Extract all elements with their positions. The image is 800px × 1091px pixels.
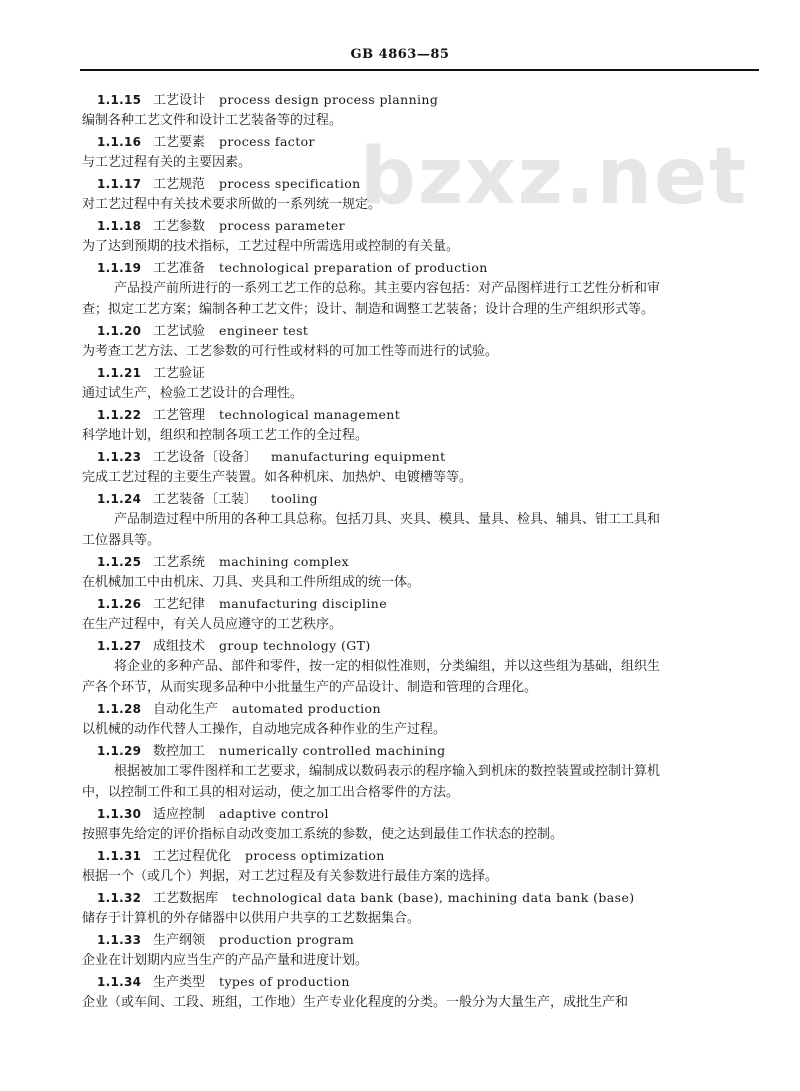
term-entry: 1.1.29数控加工numerically controlled machini… — [0, 740, 800, 803]
term-number: 1.1.20 — [97, 321, 153, 342]
term-entry: 1.1.32工艺数据库technological data bank (base… — [0, 887, 800, 929]
term-heading: 1.1.18工艺参数process parameter — [0, 215, 800, 236]
term-definition: 按照事先给定的评价指标自动改变加工系统的参数，使之达到最佳工作状态的控制。 — [0, 824, 800, 845]
term-definition: 储存于计算机的外存储器中以供用户共享的工艺数据集合。 — [0, 908, 800, 929]
term-chinese: 生产类型 — [153, 975, 205, 990]
term-chinese: 工艺试验 — [153, 324, 205, 339]
term-chinese: 工艺系统 — [153, 555, 205, 570]
term-definition: 与工艺过程有关的主要因素。 — [0, 152, 800, 173]
term-english: process parameter — [219, 218, 345, 233]
term-entry: 1.1.26工艺纪律manufacturing discipline在生产过程中… — [0, 593, 800, 635]
term-entry: 1.1.20工艺试验engineer test为考查工艺方法、工艺参数的可行性或… — [0, 320, 800, 362]
term-heading: 1.1.24工艺装备〔工装〕tooling — [0, 488, 800, 509]
term-english: types of production — [219, 974, 350, 989]
term-definition: 中，以控制工件和工具的相对运动，使之加工出合格零件的方法。 — [0, 782, 800, 803]
term-chinese: 适应控制 — [153, 807, 205, 822]
term-chinese: 工艺设备〔设备〕 — [153, 450, 257, 465]
term-english: process design process planning — [219, 92, 438, 107]
term-chinese: 工艺装备〔工装〕 — [153, 492, 257, 507]
term-english: machining complex — [219, 554, 349, 569]
term-definition: 根据被加工零件图样和工艺要求，编制成以数码表示的程序输入到机床的数控装置或控制计… — [0, 761, 800, 782]
term-english: manufacturing discipline — [219, 596, 387, 611]
term-chinese: 工艺设计 — [153, 93, 205, 108]
term-number: 1.1.34 — [97, 972, 153, 993]
term-definition: 通过试生产，检验工艺设计的合理性。 — [0, 383, 800, 404]
term-number: 1.1.19 — [97, 258, 153, 279]
term-chinese: 工艺验证 — [153, 366, 205, 381]
term-heading: 1.1.15工艺设计process design process plannin… — [0, 89, 800, 110]
term-definition: 将企业的多种产品、部件和零件，按一定的相似性准则，分类编组，并以这些组为基础，组… — [0, 656, 800, 677]
term-heading: 1.1.22工艺管理technological management — [0, 404, 800, 425]
term-heading: 1.1.20工艺试验engineer test — [0, 320, 800, 341]
term-definition: 产各个环节，从而实现多品种中小批量生产的产品设计、制造和管理的合理化。 — [0, 677, 800, 698]
term-number: 1.1.26 — [97, 594, 153, 615]
term-number: 1.1.23 — [97, 447, 153, 468]
term-heading: 1.1.27成组技术group technology (GT) — [0, 635, 800, 656]
term-entry: 1.1.15工艺设计process design process plannin… — [0, 89, 800, 131]
term-chinese: 数控加工 — [153, 744, 205, 759]
term-english: tooling — [271, 491, 318, 506]
term-english: technological management — [219, 407, 400, 422]
term-english: technological preparation of production — [219, 260, 488, 275]
term-entry: 1.1.24工艺装备〔工装〕tooling产品制造过程中所用的各种工具总称。包括… — [0, 488, 800, 551]
term-english: production program — [219, 932, 354, 947]
term-number: 1.1.27 — [97, 636, 153, 657]
term-entry: 1.1.25工艺系统machining complex在机械加工中由机床、刀具、… — [0, 551, 800, 593]
term-english: process optimization — [245, 848, 385, 863]
term-number: 1.1.33 — [97, 930, 153, 951]
term-heading: 1.1.17工艺规范process specification — [0, 173, 800, 194]
term-definition: 科学地计划，组织和控制各项工艺工作的全过程。 — [0, 425, 800, 446]
term-english: adaptive control — [219, 806, 329, 821]
term-number: 1.1.25 — [97, 552, 153, 573]
term-entry: 1.1.16工艺要素process factor与工艺过程有关的主要因素。 — [0, 131, 800, 173]
term-heading: 1.1.25工艺系统machining complex — [0, 551, 800, 572]
term-chinese: 工艺参数 — [153, 219, 205, 234]
term-number: 1.1.16 — [97, 132, 153, 153]
term-entry: 1.1.18工艺参数process parameter为了达到预期的技术指标，工… — [0, 215, 800, 257]
term-definition: 企业在计划期内应当生产的产品产量和进度计划。 — [0, 950, 800, 971]
term-number: 1.1.15 — [97, 90, 153, 111]
term-english: process factor — [219, 134, 315, 149]
term-number: 1.1.21 — [97, 363, 153, 384]
term-entry: 1.1.34生产类型types of production企业（或车间、工段、班… — [0, 971, 800, 1013]
term-chinese: 工艺规范 — [153, 177, 205, 192]
term-heading: 1.1.34生产类型types of production — [0, 971, 800, 992]
term-definition: 产品投产前所进行的一系列工艺工作的总称。其主要内容包括：对产品图样进行工艺性分析… — [0, 278, 800, 299]
term-entry: 1.1.33生产纲领production program企业在计划期内应当生产的… — [0, 929, 800, 971]
term-chinese: 自动化生产 — [153, 702, 218, 717]
term-number: 1.1.22 — [97, 405, 153, 426]
term-entry: 1.1.28自动化生产automated production以机械的动作代替人… — [0, 698, 800, 740]
term-heading: 1.1.26工艺纪律manufacturing discipline — [0, 593, 800, 614]
term-entry: 1.1.30适应控制adaptive control按照事先给定的评价指标自动改… — [0, 803, 800, 845]
term-heading: 1.1.30适应控制adaptive control — [0, 803, 800, 824]
term-number: 1.1.17 — [97, 174, 153, 195]
term-definition: 为考查工艺方法、工艺参数的可行性或材料的可加工性等而进行的试验。 — [0, 341, 800, 362]
term-english: technological data bank (base), machinin… — [232, 890, 635, 905]
term-english: process specification — [219, 176, 361, 191]
term-definition: 查；拟定工艺方案；编制各种工艺文件；设计、制造和调整工艺装备；设计合理的生产组织… — [0, 299, 800, 320]
term-definition: 在机械加工中由机床、刀具、夹具和工件所组成的统一体。 — [0, 572, 800, 593]
term-chinese: 生产纲领 — [153, 933, 205, 948]
term-entry: 1.1.23工艺设备〔设备〕manufacturing equipment完成工… — [0, 446, 800, 488]
term-chinese: 工艺管理 — [153, 408, 205, 423]
standard-number-header: GB 4863—85 — [0, 47, 800, 62]
term-number: 1.1.24 — [97, 489, 153, 510]
term-heading: 1.1.16工艺要素process factor — [0, 131, 800, 152]
term-heading: 1.1.23工艺设备〔设备〕manufacturing equipment — [0, 446, 800, 467]
term-english: manufacturing equipment — [271, 449, 446, 464]
term-number: 1.1.32 — [97, 888, 153, 909]
term-number: 1.1.30 — [97, 804, 153, 825]
term-number: 1.1.28 — [97, 699, 153, 720]
term-entry: 1.1.21工艺验证通过试生产，检验工艺设计的合理性。 — [0, 362, 800, 404]
terms-list: 1.1.15工艺设计process design process plannin… — [0, 89, 800, 1013]
term-definition: 根据一个（或几个）判据，对工艺过程及有关参数进行最佳方案的选择。 — [0, 866, 800, 887]
term-definition: 为了达到预期的技术指标，工艺过程中所需选用或控制的有关量。 — [0, 236, 800, 257]
term-definition: 在生产过程中，有关人员应遵守的工艺秩序。 — [0, 614, 800, 635]
term-number: 1.1.29 — [97, 741, 153, 762]
term-chinese: 工艺数据库 — [153, 891, 218, 906]
term-number: 1.1.31 — [97, 846, 153, 867]
term-definition: 工位器具等。 — [0, 530, 800, 551]
term-entry: 1.1.31工艺过程优化process optimization根据一个（或几个… — [0, 845, 800, 887]
term-heading: 1.1.31工艺过程优化process optimization — [0, 845, 800, 866]
term-heading: 1.1.21工艺验证 — [0, 362, 800, 383]
term-heading: 1.1.32工艺数据库technological data bank (base… — [0, 887, 800, 908]
term-chinese: 工艺准备 — [153, 261, 205, 276]
term-chinese: 成组技术 — [153, 639, 205, 654]
term-entry: 1.1.22工艺管理technological management科学地计划，… — [0, 404, 800, 446]
term-definition: 企业（或车间、工段、班组，工作地）生产专业化程度的分类。一般分为大量生产，成批生… — [0, 992, 800, 1013]
header-rule-divider — [80, 69, 759, 71]
term-chinese: 工艺要素 — [153, 135, 205, 150]
term-definition: 编制各种工艺文件和设计工艺装备等的过程。 — [0, 110, 800, 131]
term-chinese: 工艺过程优化 — [153, 849, 231, 864]
term-definition: 完成工艺过程的主要生产装置。如各种机床、加热炉、电镀槽等等。 — [0, 467, 800, 488]
term-entry: 1.1.17工艺规范process specification对工艺过程中有关技… — [0, 173, 800, 215]
term-heading: 1.1.33生产纲领production program — [0, 929, 800, 950]
term-english: group technology (GT) — [219, 638, 371, 653]
term-heading: 1.1.19工艺准备technological preparation of p… — [0, 257, 800, 278]
term-heading: 1.1.29数控加工numerically controlled machini… — [0, 740, 800, 761]
term-definition: 以机械的动作代替人工操作，自动地完成各种作业的生产过程。 — [0, 719, 800, 740]
term-english: numerically controlled machining — [219, 743, 446, 758]
term-entry: 1.1.19工艺准备technological preparation of p… — [0, 257, 800, 320]
term-chinese: 工艺纪律 — [153, 597, 205, 612]
term-definition: 产品制造过程中所用的各种工具总称。包括刀具、夹具、模具、量具、检具、辅具、钳工工… — [0, 509, 800, 530]
term-entry: 1.1.27成组技术group technology (GT)将企业的多种产品、… — [0, 635, 800, 698]
term-heading: 1.1.28自动化生产automated production — [0, 698, 800, 719]
term-english: automated production — [232, 701, 381, 716]
term-english: engineer test — [219, 323, 308, 338]
term-number: 1.1.18 — [97, 216, 153, 237]
term-definition: 对工艺过程中有关技术要求所做的一系列统一规定。 — [0, 194, 800, 215]
